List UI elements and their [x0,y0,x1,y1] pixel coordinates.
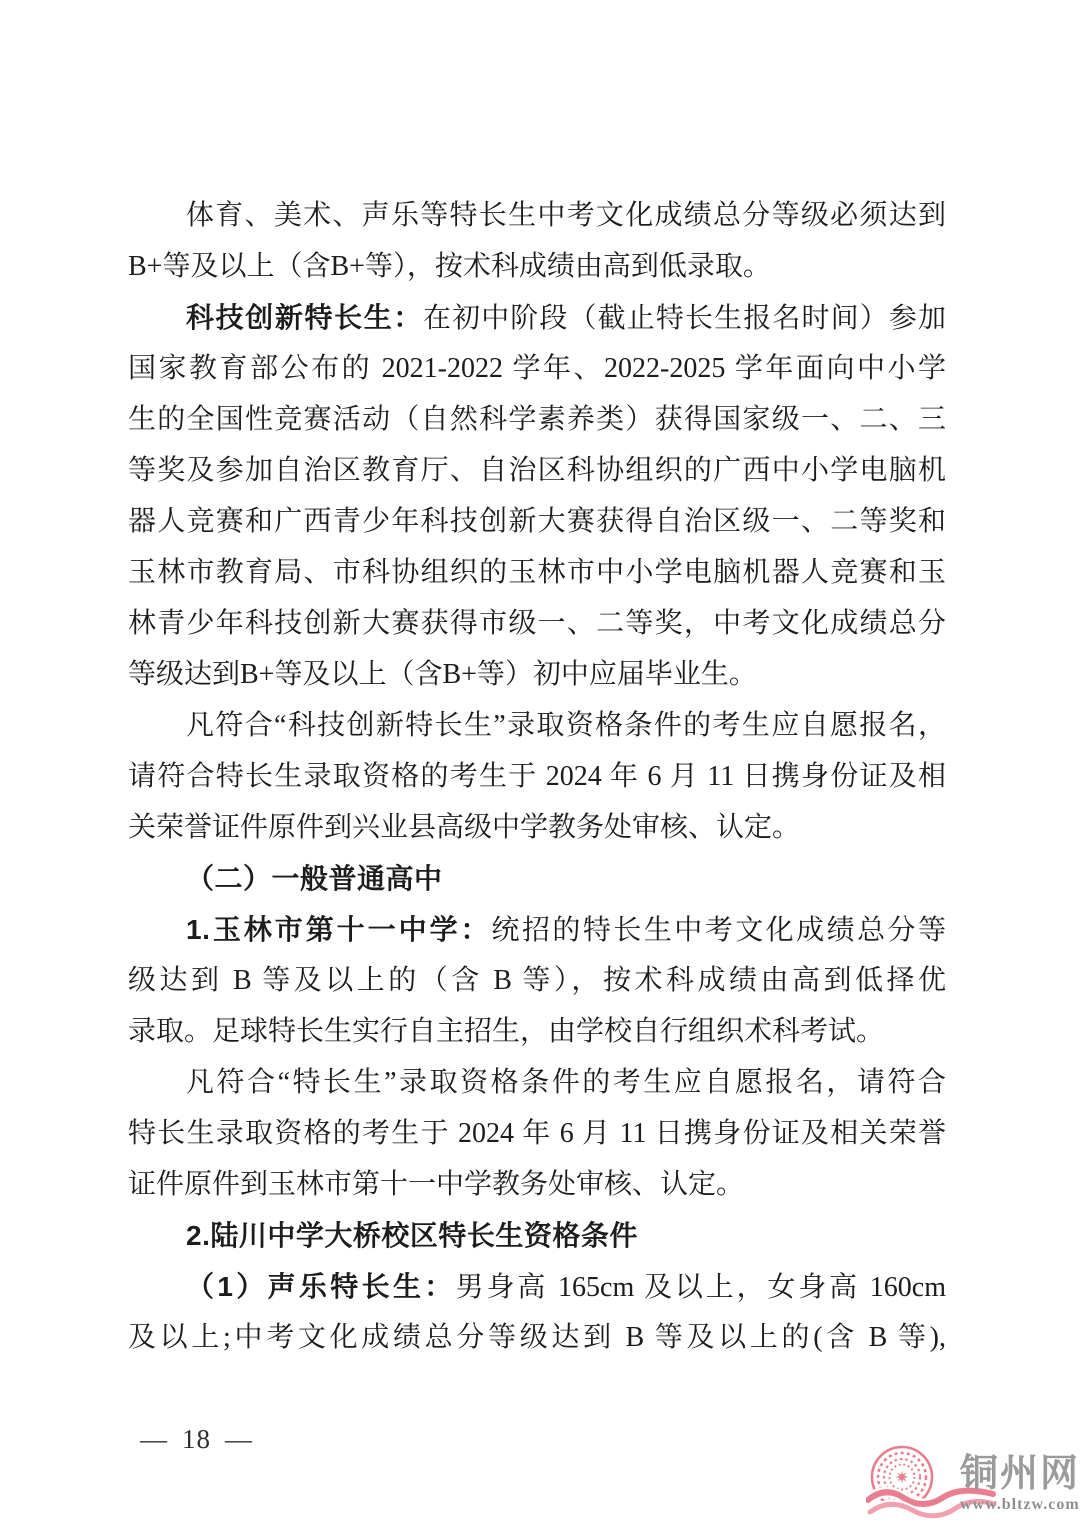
text-line: 科技创新特长生：在初中阶段（截止特长生报名时间）参加 [128,292,946,343]
text-line: 特长生录取资格的考生于 2024 年 6 月 11 日携身份证及相关荣誉 [128,1108,946,1159]
text-segment: 凡符合“科技创新特长生”录取资格条件的考生应自愿报名， [186,710,946,741]
text-line: B+等及以上（含B+等），按术科成绩由高到低录取。 [128,241,946,292]
text-segment: 凡符合“特长生”录取资格条件的考生应自愿报名，请符合 [186,1067,946,1098]
text-segment: 等级达到B+等及以上（含B+等）初中应届毕业生。 [128,659,757,690]
text-line: 凡符合“科技创新特长生”录取资格条件的考生应自愿报名， [128,700,946,751]
text-line: （二）一般普通高中 [128,853,946,904]
page-footer: —18— [140,1424,253,1455]
site-url: www.bltzw.com [960,1496,1080,1514]
text-line: 录取。足球特长生实行自主招生，由学校自行组织术科考试。 [128,1006,946,1057]
site-name: 铜州网 [960,1452,1080,1496]
text-line: 1.玉林市第十一中学：统招的特长生中考文化成绩总分等 [128,904,946,955]
bold-text-segment: 1.玉林市第十一中学： [186,914,492,945]
text-line: 证件原件到玉林市第十一中学教务处审核、认定。 [128,1159,946,1210]
footer-dash-left: — [140,1424,168,1454]
text-segment: 特长生录取资格的考生于 2024 年 6 月 11 日携身份证及相关荣誉 [128,1118,946,1149]
text-line: 凡符合“特长生”录取资格条件的考生应自愿报名，请符合 [128,1057,946,1108]
text-segment: 玉林市教育局、市科协组织的玉林市中小学电脑机器人竞赛和玉 [128,557,946,588]
text-segment: 及以上;中考文化成绩总分等级达到 B 等及以上的(含 B 等), [128,1322,946,1353]
document-page: 体育、美术、声乐等特长生中考文化成绩总分等级必须达到B+等及以上（含B+等），按… [0,0,1080,1526]
text-line: 2.陆川中学大桥校区特长生资格条件 [128,1210,946,1261]
text-segment: 男身高 165cm 及以上，女身高 160cm [456,1272,946,1303]
text-segment: 在初中阶段（截止特长生报名时间）参加 [423,303,946,334]
text-line: 体育、美术、声乐等特长生中考文化成绩总分等级必须达到 [128,190,946,241]
document-text: 体育、美术、声乐等特长生中考文化成绩总分等级必须达到B+等及以上（含B+等），按… [128,190,946,1363]
text-segment: 国家教育部公布的 2021-2022 学年、2022-2025 学年面向中小学 [128,353,946,384]
text-segment: 器人竞赛和广西青少年科技创新大赛获得自治区级一、二等奖和 [128,506,946,537]
text-segment: 证件原件到玉林市第十一中学教务处审核、认定。 [128,1169,744,1200]
text-segment: 林青少年科技创新大赛获得市级一、二等奖，中考文化成绩总分 [128,608,946,639]
text-line: （1）声乐特长生：男身高 165cm 及以上，女身高 160cm [128,1261,946,1312]
text-segment: 录取。足球特长生实行自主招生，由学校自行组织术科考试。 [128,1016,884,1047]
bold-text-segment: （二）一般普通高中 [186,863,443,894]
text-segment: 级达到 B 等及以上的（含 B 等），按术科成绩由高到低择优 [128,965,946,996]
text-line: 关荣誉证件原件到兴业县高级中学教务处审核、认定。 [128,802,946,853]
text-segment: 体育、美术、声乐等特长生中考文化成绩总分等级必须达到 [186,200,946,231]
text-line: 林青少年科技创新大赛获得市级一、二等奖，中考文化成绩总分 [128,598,946,649]
bold-text-segment: 2.陆川中学大桥校区特长生资格条件 [186,1220,638,1251]
text-line: 等级达到B+等及以上（含B+等）初中应届毕业生。 [128,649,946,700]
text-segment: B+等及以上（含B+等），按术科成绩由高到低录取。 [128,251,771,282]
text-line: 器人竞赛和广西青少年科技创新大赛获得自治区级一、二等奖和 [128,496,946,547]
text-segment: 等奖及参加自治区教育厅、自治区科协组织的广西中小学电脑机 [128,455,946,486]
text-line: 玉林市教育局、市科协组织的玉林市中小学电脑机器人竞赛和玉 [128,547,946,598]
footer-dash-right: — [225,1424,253,1454]
text-segment: 统招的特长生中考文化成绩总分等 [492,915,947,946]
text-segment: 生的全国性竞赛活动（自然科学素养类）获得国家级一、二、三 [128,404,946,435]
text-line: 生的全国性竞赛活动（自然科学素养类）获得国家级一、二、三 [128,394,946,445]
text-line: 及以上;中考文化成绩总分等级达到 B 等及以上的(含 B 等), [128,1312,946,1363]
text-segment: 请符合特长生录取资格的考生于 2024 年 6 月 11 日携身份证及相 [128,761,946,792]
text-segment: 关荣誉证件原件到兴业县高级中学教务处审核、认定。 [128,812,800,843]
text-line: 国家教育部公布的 2021-2022 学年、2022-2025 学年面向中小学 [128,343,946,394]
text-line: 级达到 B 等及以上的（含 B 等），按术科成绩由高到低择优 [128,955,946,1006]
text-line: 等奖及参加自治区教育厅、自治区科协组织的广西中小学电脑机 [128,445,946,496]
bold-text-segment: （1）声乐特长生： [186,1271,456,1302]
text-line: 请符合特长生录取资格的考生于 2024 年 6 月 11 日携身份证及相 [128,751,946,802]
page-number: 18 [182,1424,211,1454]
watermark-text: 铜州网 www.bltzw.com [960,1452,1080,1514]
site-watermark: 铜州网 www.bltzw.com [866,1444,1080,1526]
bold-text-segment: 科技创新特长生： [186,302,423,333]
